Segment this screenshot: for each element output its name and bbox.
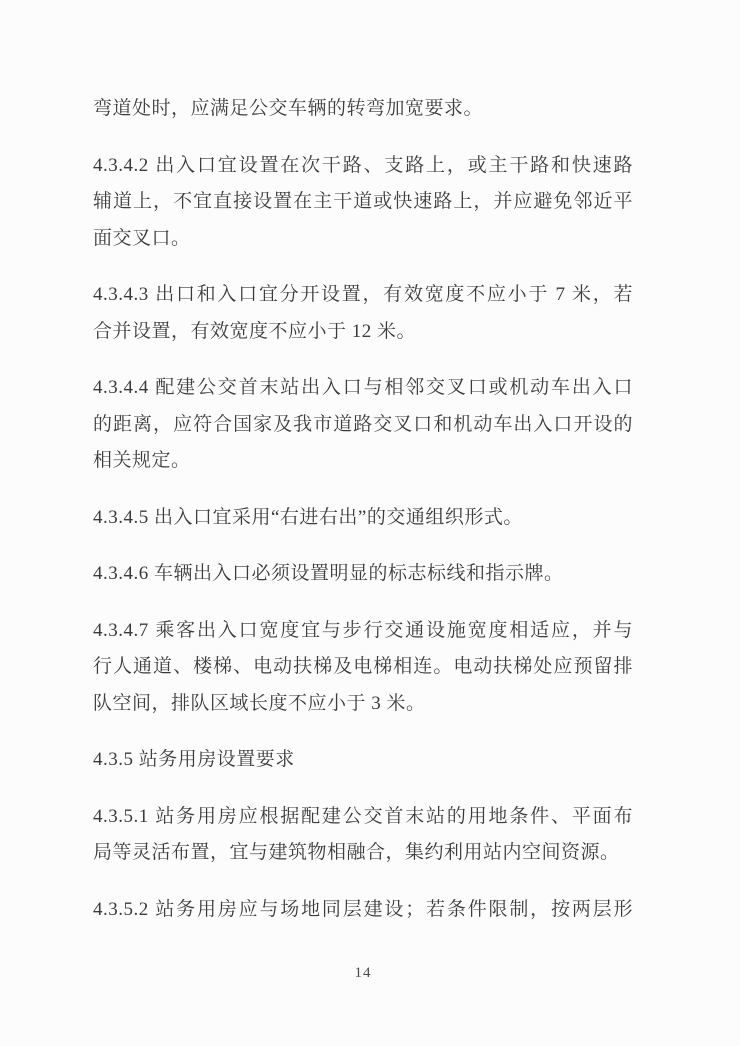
paragraph-line: 面交叉口。 <box>93 221 633 258</box>
clause-4-3-4-7: 4.3.4.7 乘客出入口宽度宜与步行交通设施宽度相适应，并与 行人通道、楼梯、… <box>93 613 633 723</box>
paragraph-line: 4.3.5 站务用房设置要求 <box>93 742 633 779</box>
clause-4-3-4-6: 4.3.4.6 车辆出入口必须设置明显的标志标线和指示牌。 <box>93 556 633 593</box>
paragraph-line: 的距离，应符合国家及我市道路交叉口和机动车出入口开设的 <box>93 407 633 444</box>
paragraph-line: 队空间，排队区域长度不应小于 3 米。 <box>93 686 633 723</box>
paragraph-line: 4.3.4.5 出入口宜采用“右进右出”的交通组织形式。 <box>93 500 633 537</box>
clause-4-3-5-1: 4.3.5.1 站务用房应根据配建公交首末站的用地条件、平面布 局等灵活布置，宜… <box>93 799 633 872</box>
clause-4-3-4-3: 4.3.4.3 出口和入口宜分开设置，有效宽度不应小于 7 米，若 合并设置，有… <box>93 277 633 350</box>
clause-4-3-4-5: 4.3.4.5 出入口宜采用“右进右出”的交通组织形式。 <box>93 500 633 537</box>
heading-4-3-5: 4.3.5 站务用房设置要求 <box>93 742 633 779</box>
paragraph-continuation: 弯道处时，应满足公交车辆的转弯加宽要求。 <box>93 91 633 128</box>
paragraph-line: 相关规定。 <box>93 443 633 480</box>
clause-4-3-4-2: 4.3.4.2 出入口宜设置在次干路、支路上，或主干路和快速路 辅道上，不宜直接… <box>93 148 633 258</box>
paragraph-line: 行人通道、楼梯、电动扶梯及电梯相连。电动扶梯处应预留排 <box>93 649 633 686</box>
paragraph-line: 局等灵活布置，宜与建筑物相融合，集约利用站内空间资源。 <box>93 835 633 872</box>
paragraph-line: 4.3.5.2 站务用房应与场地同层建设；若条件限制，按两层形 <box>93 892 633 929</box>
paragraph-line: 4.3.5.1 站务用房应根据配建公交首末站的用地条件、平面布 <box>93 799 633 836</box>
paragraph-line: 4.3.4.2 出入口宜设置在次干路、支路上，或主干路和快速路 <box>93 148 633 185</box>
clause-4-3-4-4: 4.3.4.4 配建公交首末站出入口与相邻交叉口或机动车出入口 的距离，应符合国… <box>93 370 633 480</box>
paragraph-line: 4.3.4.3 出口和入口宜分开设置，有效宽度不应小于 7 米，若 <box>93 277 633 314</box>
paragraph-line: 弯道处时，应满足公交车辆的转弯加宽要求。 <box>93 91 633 128</box>
paragraph-line: 辅道上，不宜直接设置在主干道或快速路上，并应避免邻近平 <box>93 184 633 221</box>
document-page: 弯道处时，应满足公交车辆的转弯加宽要求。 4.3.4.2 出入口宜设置在次干路、… <box>0 0 740 1046</box>
clause-4-3-5-2: 4.3.5.2 站务用房应与场地同层建设；若条件限制，按两层形 <box>93 892 633 929</box>
paragraph-line: 4.3.4.6 车辆出入口必须设置明显的标志标线和指示牌。 <box>93 556 633 593</box>
paragraph-line: 合并设置，有效宽度不应小于 12 米。 <box>93 314 633 351</box>
paragraph-line: 4.3.4.7 乘客出入口宽度宜与步行交通设施宽度相适应，并与 <box>93 613 633 650</box>
paragraph-line: 4.3.4.4 配建公交首末站出入口与相邻交叉口或机动车出入口 <box>93 370 633 407</box>
page-number: 14 <box>93 962 633 984</box>
